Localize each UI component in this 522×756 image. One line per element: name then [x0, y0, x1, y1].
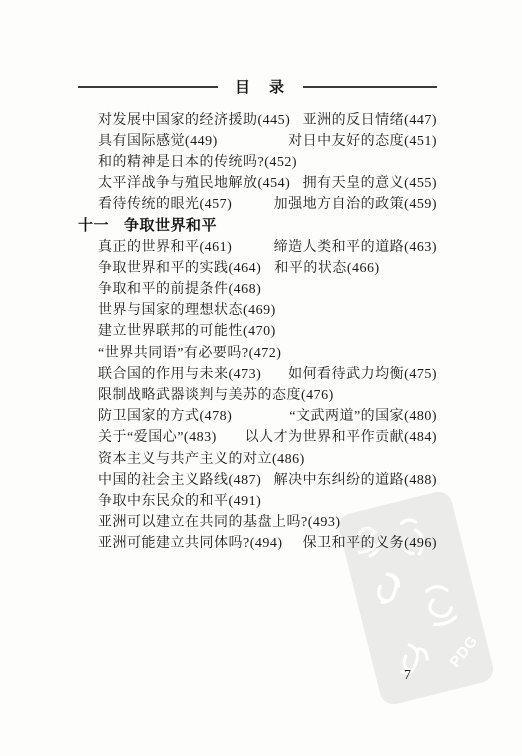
- toc-entry-item: 保卫和平的义务(496): [303, 532, 437, 552]
- toc-entry: 资本主义与共产主义的对立(486): [78, 447, 437, 468]
- section-number: 十一: [78, 214, 109, 235]
- book-page: 目 录 PDG 对发展中国家的经济援助(445)亚洲的反日情绪(447)具有国际…: [0, 0, 522, 756]
- toc-entry-item: 具有国际感觉(449): [98, 130, 218, 150]
- toc-entry: “世界共同语”有必要吗?(472): [78, 341, 437, 362]
- toc-entry-item: 缔造人类和平的道路(463): [274, 236, 437, 256]
- toc-entry-item: “文武两道”的国家(480): [289, 405, 437, 425]
- toc-entry: 真正的世界和平(461)缔造人类和平的道路(463): [78, 235, 437, 256]
- toc-list: 对发展中国家的经济援助(445)亚洲的反日情绪(447)具有国际感觉(449)对…: [78, 108, 437, 553]
- toc-entry-item: 亚洲可能建立共同体吗?(494): [98, 532, 283, 552]
- toc-entry: 争取和平的前提条件(468): [78, 278, 437, 299]
- toc-entry: 建立世界联邦的可能性(470): [78, 320, 437, 341]
- toc-entry: 太平洋战争与殖民地解放(454)拥有天皇的意义(455): [78, 172, 437, 193]
- toc-entry: 联合国的作用与未来(473)如何看待武力均衡(475): [78, 362, 437, 383]
- toc-entry: 限制战略武器谈判与美苏的态度(476): [78, 383, 437, 404]
- toc-entry: 看待传统的眼光(457)加强地方自治的政策(459): [78, 193, 437, 214]
- header-rule-left: [78, 86, 218, 88]
- toc-entry-item: 和的精神是日本的传统吗?(452): [98, 151, 297, 171]
- toc-entry: 亚洲可以建立在共同的基盘上吗?(493): [78, 511, 437, 532]
- toc-entry-item: 防卫国家的方式(478): [98, 405, 232, 425]
- toc-entry-item: 中国的社会主义路线(487): [98, 469, 261, 489]
- header-rule-right: [303, 86, 437, 88]
- toc-entry-item: 拥有天皇的意义(455): [303, 172, 437, 192]
- toc-entry: 世界与国家的理想状态(469): [78, 299, 437, 320]
- toc-entry-item: 联合国的作用与未来(473): [98, 363, 261, 383]
- toc-entry-item: 关于“爱国心”(483): [98, 426, 217, 446]
- toc-header: 目 录: [78, 78, 437, 95]
- toc-entry-item: 建立世界联邦的可能性(470): [98, 320, 276, 340]
- toc-entry: 关于“爱国心”(483)以人才为世界和平作贡献(484): [78, 426, 437, 447]
- toc-entry-item: 争取世界和平的实践(464): [98, 257, 261, 277]
- toc-entry-item: 加强地方自治的政策(459): [274, 193, 437, 213]
- toc-entry: 对发展中国家的经济援助(445)亚洲的反日情绪(447): [78, 108, 437, 129]
- section-title: 争取世界和平: [124, 214, 217, 235]
- toc-entry-item: 争取和平的前提条件(468): [98, 278, 261, 298]
- toc-entry: 争取世界和平的实践(464)和平的状态(466): [78, 256, 437, 277]
- toc-entry: 中国的社会主义路线(487)解决中东纠纷的道路(488): [78, 468, 437, 489]
- toc-entry-item: 争取中东民众的和平(491): [98, 490, 261, 510]
- toc-entry-item: 如何看待武力均衡(475): [288, 363, 437, 383]
- toc-entry: 和的精神是日本的传统吗?(452): [78, 150, 437, 171]
- toc-entry: 防卫国家的方式(478)“文武两道”的国家(480): [78, 405, 437, 426]
- toc-section-heading: 十一争取世界和平: [78, 214, 437, 235]
- toc-entry-item: 对日中友好的态度(451): [288, 130, 437, 150]
- toc-entry-item: 真正的世界和平(461): [98, 236, 232, 256]
- toc-entry-item: 解决中东纠纷的道路(488): [274, 469, 437, 489]
- toc-entry: 争取中东民众的和平(491): [78, 489, 437, 510]
- toc-entry-item: 对发展中国家的经济援助(445): [98, 109, 290, 129]
- toc-entry-item: 看待传统的眼光(457): [98, 193, 232, 213]
- toc-entry-item: 太平洋战争与殖民地解放(454): [98, 172, 290, 192]
- page-title: 目 录: [218, 76, 303, 97]
- toc-entry: 具有国际感觉(449)对日中友好的态度(451): [78, 129, 437, 150]
- toc-entry: 亚洲可能建立共同体吗?(494)保卫和平的义务(496): [78, 532, 437, 553]
- toc-entry-item: 和平的状态(466): [274, 257, 379, 277]
- toc-entry-item: 亚洲的反日情绪(447): [303, 109, 437, 129]
- toc-entry-item: 以人才为世界和平作贡献(484): [245, 426, 437, 446]
- toc-entry-item: 亚洲可以建立在共同的基盘上吗?(493): [98, 511, 341, 531]
- toc-entry-item: 限制战略武器谈判与美苏的态度(476): [98, 384, 334, 404]
- toc-entry-item: “世界共同语”有必要吗?(472): [98, 342, 281, 362]
- toc-entry-item: 资本主义与共产主义的对立(486): [98, 448, 305, 468]
- toc-entry-item: 世界与国家的理想状态(469): [98, 299, 276, 319]
- page-number: 7: [404, 668, 411, 684]
